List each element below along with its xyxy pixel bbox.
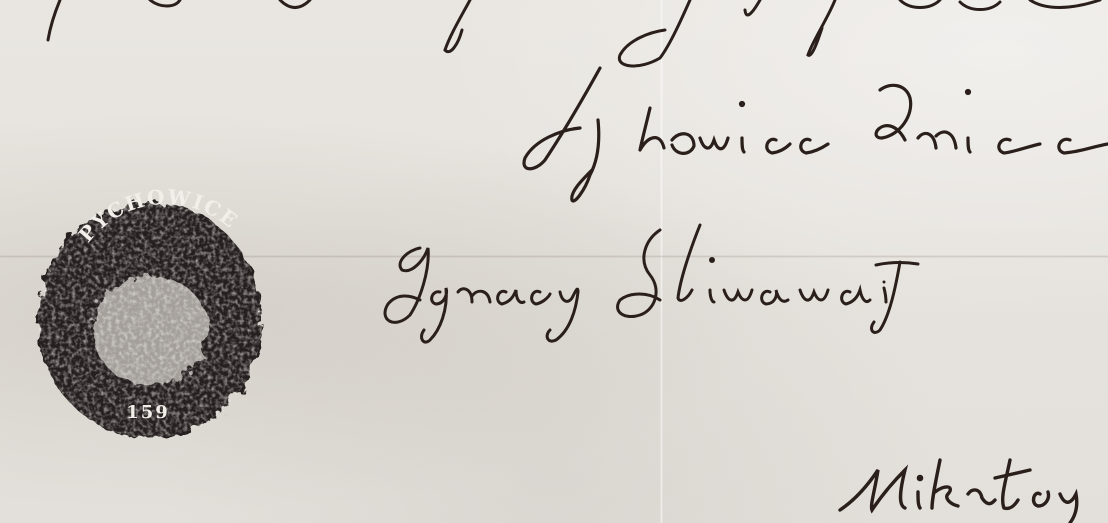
handwriting-place-date: [524, 68, 1108, 201]
document-ink-layer: PYCHOWICE 159: [0, 0, 1108, 523]
handwriting-line-top: [48, 0, 1100, 66]
handwriting-signature-name: [385, 225, 918, 342]
seal-number: 159: [126, 402, 170, 423]
official-seal: PYCHOWICE 159: [38, 184, 262, 438]
handwriting-bottom: [840, 460, 1077, 523]
